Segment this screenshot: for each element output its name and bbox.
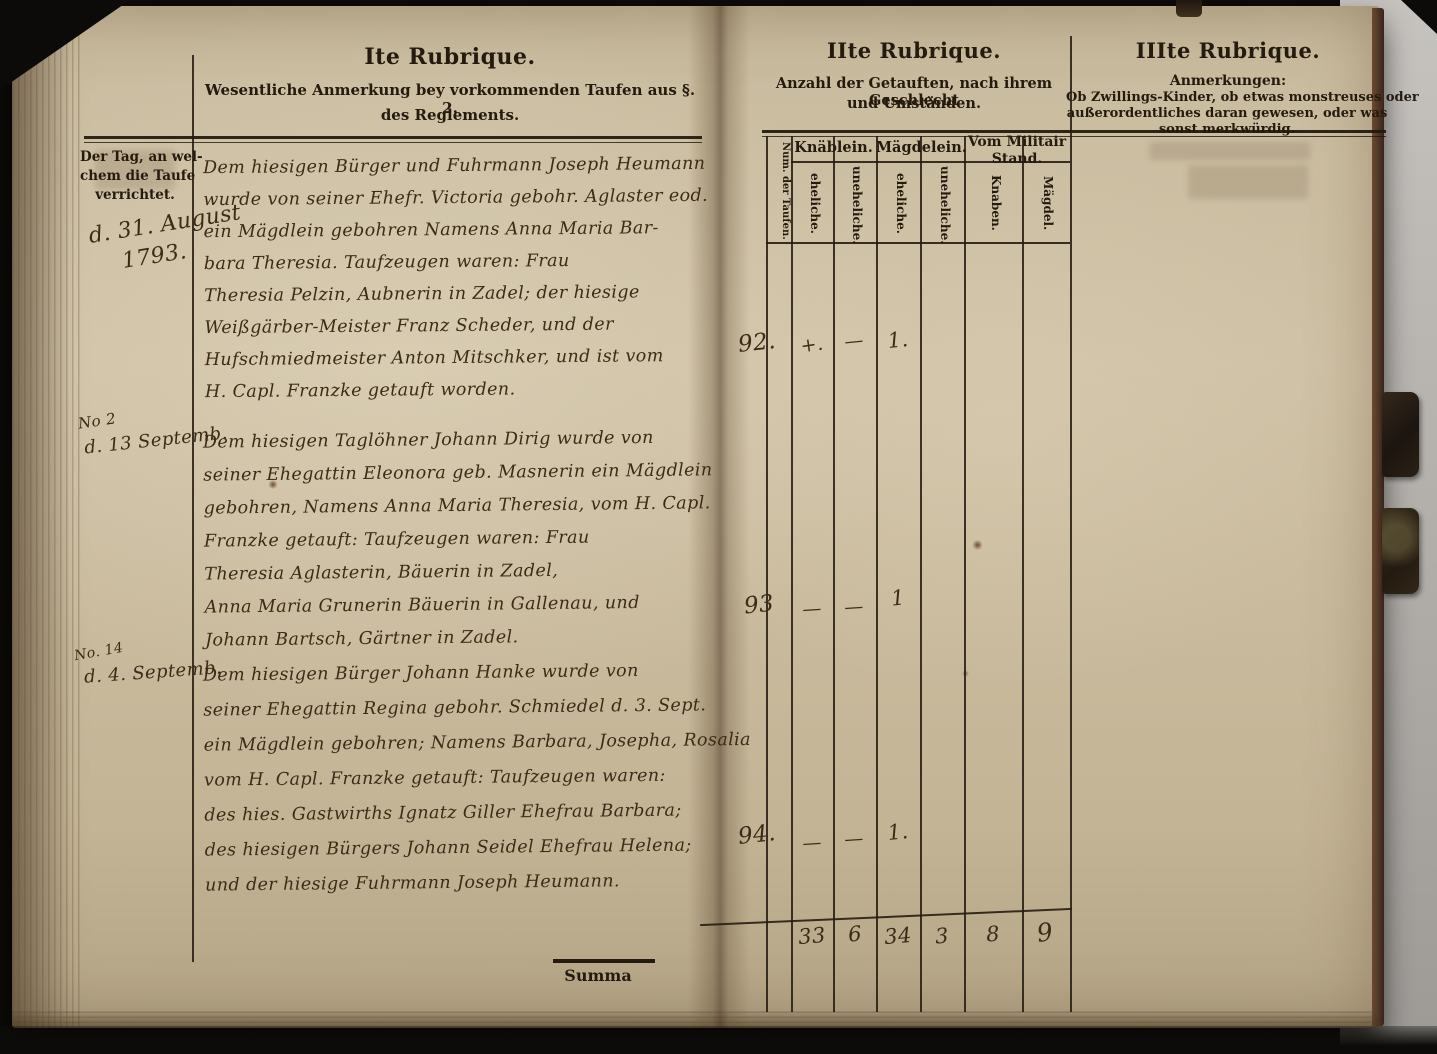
- rubric2-title: IIte Rubrique.: [760, 38, 1068, 63]
- text-line: und der hiesige Fuhrmann Joseph Heumann.: [205, 863, 705, 903]
- summa-rule: [553, 959, 655, 963]
- text-line: seiner Ehegattin Eleonora geb. Masnerin …: [203, 454, 703, 492]
- ink-bleedthrough: [1150, 142, 1310, 160]
- photo-bottom-shadow: [0, 1026, 1437, 1054]
- table-line: [791, 136, 793, 1012]
- text-line: Dem hiesigen Taglöhner Johann Dirig wurd…: [203, 421, 703, 459]
- total-militair-maegdel: 9: [1028, 916, 1062, 949]
- col-group-knaeblein: Knäblein.: [791, 139, 876, 156]
- rubric2-subtitle-2: und Umständen.: [758, 95, 1070, 112]
- text-line: ein Mägdlein gebohren Namens Anna Maria …: [203, 212, 703, 248]
- tally-mark: —: [791, 831, 832, 856]
- summa-label: Summa: [548, 966, 648, 985]
- text-line: Franzke getauft: Taufzeugen waren: Frau: [204, 520, 704, 558]
- total-maegdelein-eheliche: 34: [882, 923, 914, 950]
- row-number: 92.: [737, 328, 777, 358]
- left-rubric-subtitle-2: des Reglements.: [195, 106, 705, 124]
- bookmark-tab: [1176, 0, 1202, 17]
- text-line: Ob Zwillings-Kinder, ob etwas monstreuse…: [1066, 90, 1388, 106]
- row-number: 93: [743, 590, 776, 619]
- total-militair-knaben: 8: [977, 921, 1009, 948]
- text-line: bara Theresia. Taufzeugen waren: Frau: [204, 244, 704, 280]
- text-line: Johann Bartsch, Gärtner in Zadel.: [205, 619, 705, 657]
- total-maegdelein-uneheliche: 3: [926, 923, 958, 950]
- right-header-rule: [762, 130, 1386, 137]
- table-line: [1022, 136, 1024, 1012]
- text-line: Theresia Aglasterin, Bäuerin in Zadel,: [204, 553, 704, 591]
- tally-mark: 1: [877, 584, 919, 612]
- ink-bleedthrough: [1188, 165, 1308, 199]
- text-line: Dem hiesigen Bürger Johann Hanke wurde v…: [203, 653, 703, 693]
- photographed-church-register: Ite Rubrique. Wesentliche Anmerkung bey …: [0, 0, 1437, 1054]
- date-column-header: Der Tag, an wel-chem die Taufeverrichtet…: [80, 148, 190, 205]
- text-line: chem die Taufe: [80, 167, 190, 186]
- text-line: des hies. Gastwirths Ignatz Giller Ehefr…: [204, 793, 704, 833]
- baptism-entry-2: Dem hiesigen Taglöhner Johann Dirig wurd…: [203, 421, 705, 657]
- col-sub-knaben: Knaben.: [983, 166, 1003, 240]
- col-sub-uneheliche: uneheliche.: [844, 166, 864, 240]
- tally-mark: —: [791, 597, 832, 622]
- text-line: seiner Ehegattin Regina gebohr. Schmiede…: [203, 688, 703, 728]
- text-line: Der Tag, an wel-: [80, 148, 190, 167]
- tally-mark: —: [833, 328, 875, 354]
- page-stack-edge-left: [12, 6, 84, 1028]
- baptism-entry-1: Dem hiesigen Bürger und Fuhrmann Joseph …: [203, 148, 705, 408]
- text-line: Anna Maria Grunerin Bäuerin in Gallenau,…: [205, 586, 705, 624]
- total-knaeblein-eheliche: 33: [796, 923, 828, 950]
- left-rubric-title: Ite Rubrique.: [200, 44, 700, 70]
- clasp-remnant-top: [1382, 392, 1419, 477]
- text-line: wurde von seiner Ehefr. Victoria gebohr.…: [203, 180, 703, 216]
- table-line: [766, 242, 1070, 244]
- table-line: [920, 136, 922, 1012]
- text-line: gebohren, Namens Anna Maria Theresia, vo…: [203, 487, 703, 525]
- table-line: [876, 136, 878, 1012]
- date-column-rule: [192, 55, 194, 962]
- text-line: Weißgärber-Meister Franz Scheder, und de…: [204, 308, 704, 344]
- left-header-rule: [84, 136, 702, 143]
- col-sub-eheliche: eheliche.: [802, 166, 822, 240]
- text-line: Hufschmiedmeister Anton Mitschker, und i…: [205, 340, 705, 376]
- tally-mark: 1.: [877, 326, 919, 354]
- text-line: vom H. Capl. Franzke getauft: Taufzeugen…: [204, 758, 704, 798]
- total-knaeblein-uneheliche: 6: [839, 921, 871, 948]
- rubric-divider-rule: [1070, 36, 1072, 1012]
- text-line: H. Capl. Franzke getauft worden.: [205, 372, 705, 408]
- table-line: [766, 136, 768, 1012]
- tally-mark: 1.: [877, 818, 919, 846]
- table-line: [964, 136, 966, 1012]
- text-line: außerordentliches daran gewesen, oder wa…: [1066, 106, 1388, 122]
- clasp-remnant-bottom: [1382, 508, 1419, 594]
- text-line: verrichtet.: [80, 186, 190, 205]
- text-line: ein Mägdlein gebohren; Namens Barbara, J…: [203, 723, 703, 763]
- col-group-maegdelein: Mägdelein.: [876, 139, 964, 156]
- baptism-entry-3: Dem hiesigen Bürger Johann Hanke wurde v…: [203, 653, 706, 903]
- text-line: Dem hiesigen Bürger und Fuhrmann Joseph …: [203, 148, 703, 184]
- col-num-der-taufen: Num. der Taufen.: [766, 142, 791, 240]
- col-group-militair-1: Vom Militair: [964, 134, 1070, 150]
- col-group-militair-2: Stand.: [964, 151, 1070, 167]
- tally-mark: —: [833, 595, 874, 620]
- rubric3-heading: Anmerkungen:: [1078, 73, 1378, 89]
- col-sub-uneheliche: uneheliche.: [932, 166, 952, 240]
- text-line: Theresia Pelzin, Aubnerin in Zadel; der …: [204, 276, 704, 312]
- rubric3-title: IIIte Rubrique.: [1078, 38, 1378, 63]
- tally-mark: —: [833, 827, 874, 852]
- col-sub-maegdel: Mägdel.: [1035, 166, 1055, 240]
- text-line: des hiesigen Bürgers Johann Seidel Ehefr…: [205, 828, 705, 868]
- table-line: [833, 136, 835, 1012]
- col-sub-eheliche: eheliche.: [888, 166, 908, 240]
- row-number: 94.: [737, 820, 777, 850]
- paper-stain: [972, 540, 983, 550]
